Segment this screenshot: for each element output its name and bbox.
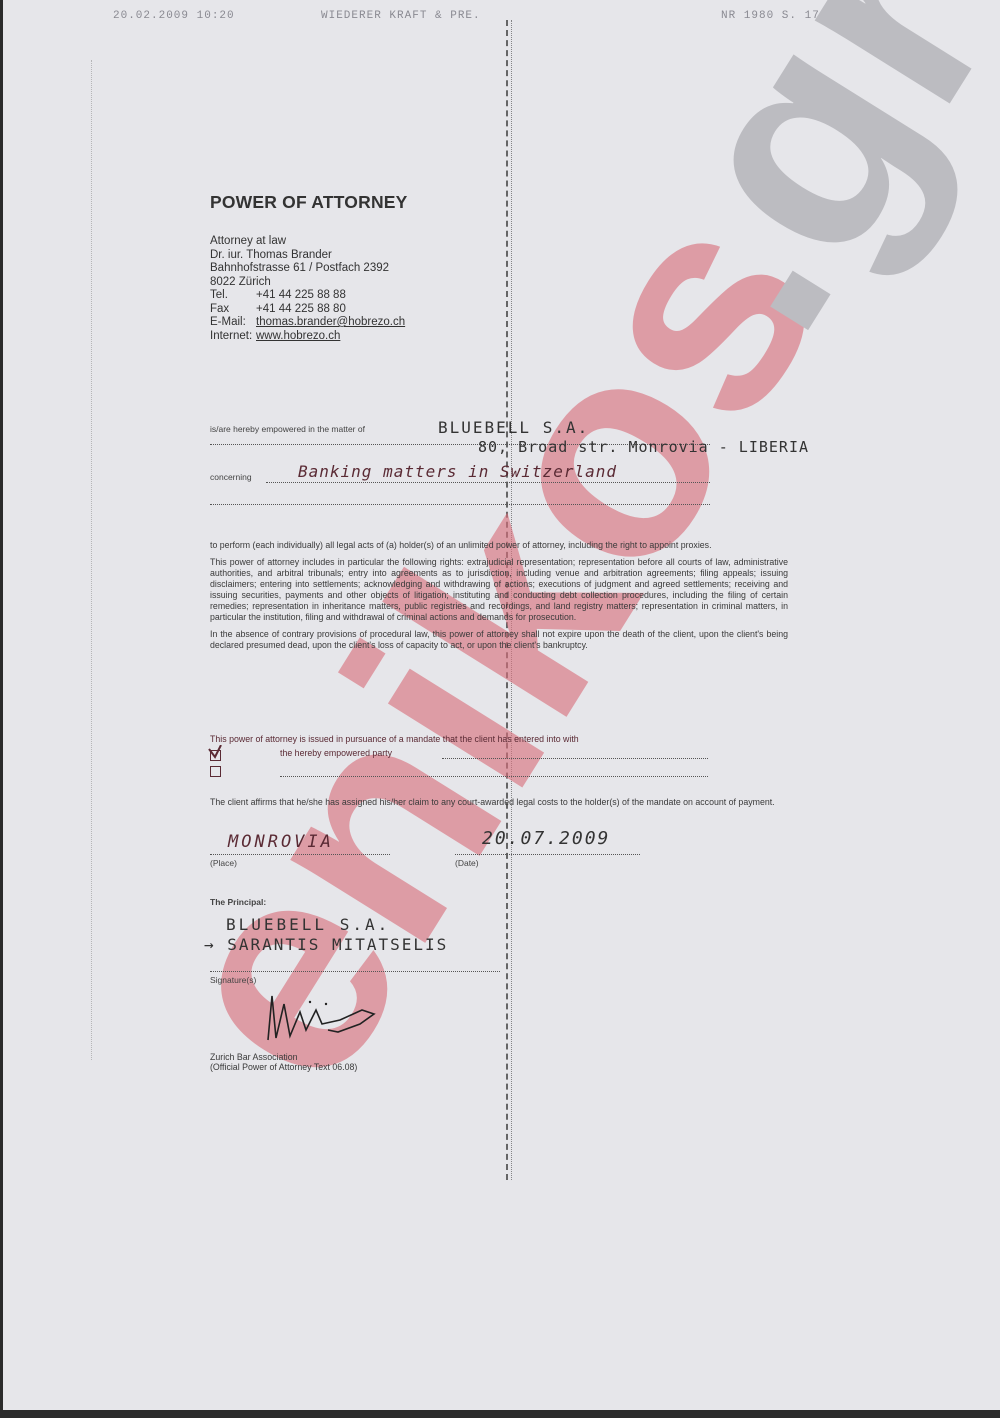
concerning-handwritten: Banking matters in Switzerland xyxy=(298,462,617,481)
fax-timestamp: 20.02.2009 10:20 xyxy=(113,10,235,22)
place-label: (Place) xyxy=(210,858,237,868)
tel-label: Tel. xyxy=(210,289,256,303)
tel-value: +41 44 225 88 88 xyxy=(256,289,346,303)
date-label: (Date) xyxy=(455,858,479,868)
place-handwritten: MONROVIA xyxy=(228,832,334,852)
attorney-name: Dr. iur. Thomas Brander xyxy=(210,249,790,263)
matter-line-2 xyxy=(210,504,710,505)
fax-sender: WIEDERER KRAFT & PRE. xyxy=(321,10,481,22)
fax-page-number: NR 1980 S. 17 xyxy=(721,10,820,22)
email-link[interactable]: thomas.brander@hobrezo.ch xyxy=(256,316,405,330)
website-link[interactable]: www.hobrezo.ch xyxy=(256,330,340,344)
official-text-version: (Official Power of Attorney Text 06.08) xyxy=(210,1062,357,1072)
footer-note: Zurich Bar Association (Official Power o… xyxy=(210,1052,357,1072)
attorney-city: 8022 Zürich xyxy=(210,276,790,290)
attorney-street: Bahnhofstrasse 61 / Postfach 2392 xyxy=(210,262,790,276)
attorney-role: Attorney at law xyxy=(210,235,790,249)
principal-representative-handwritten: → SARANTIS MITATSELIS xyxy=(204,935,448,954)
option-checkbox-2[interactable] xyxy=(210,766,221,777)
paragraph-scope: to perform (each individually) all legal… xyxy=(210,540,788,551)
attorney-contact-block: Attorney at law Dr. iur. Thomas Brander … xyxy=(210,235,790,343)
mandate-section: This power of attorney is issued in purs… xyxy=(210,734,788,744)
paragraph-expiry: In the absence of contrary provisions of… xyxy=(210,629,788,651)
fax-value: +41 44 225 88 80 xyxy=(256,303,346,317)
empowered-label: is/are hereby empowered in the matter of xyxy=(210,424,365,434)
option-checkbox-1[interactable] xyxy=(210,750,221,761)
client-address-handwritten: 80, Broad str. Monrovia - LIBERIA xyxy=(478,438,809,456)
document-title: POWER OF ATTORNEY xyxy=(210,192,790,213)
signature-label: Signature(s) xyxy=(210,975,256,985)
client-name-handwritten: BLUEBELL S.A. xyxy=(438,418,589,437)
internet-label: Internet: xyxy=(210,330,256,344)
date-line xyxy=(455,854,640,855)
power-of-attorney-form: POWER OF ATTORNEY Attorney at law Dr. iu… xyxy=(210,192,790,343)
option-label-1: the hereby empowered party xyxy=(280,748,392,758)
bar-association: Zurich Bar Association xyxy=(210,1052,357,1062)
check-mark-icon xyxy=(208,745,222,759)
concerning-line xyxy=(266,482,710,483)
place-date-section: MONROVIA (Place) 20.07.2009 (Date) xyxy=(210,832,790,872)
principal-company-handwritten: BLUEBELL S.A. xyxy=(226,915,390,934)
concerning-label: concerning xyxy=(210,472,252,482)
principal-section: The Principal: BLUEBELL S.A. → SARANTIS … xyxy=(210,897,790,907)
signature-line xyxy=(210,971,500,972)
left-edge-dots xyxy=(91,60,92,1060)
date-handwritten: 20.07.2009 xyxy=(482,828,610,849)
handwritten-signature xyxy=(250,990,550,1050)
fax-label: Fax xyxy=(210,303,256,317)
principal-label: The Principal: xyxy=(210,897,790,907)
paragraph-rights: This power of attorney includes in parti… xyxy=(210,557,788,623)
assignment-text: The client affirms that he/she has assig… xyxy=(210,797,788,808)
option-line-2 xyxy=(280,776,708,777)
body-text: to perform (each individually) all legal… xyxy=(210,540,788,657)
mandate-text: This power of attorney is issued in purs… xyxy=(210,734,788,744)
scanned-page: 20.02.2009 10:20 WIEDERER KRAFT & PRE. N… xyxy=(3,0,1000,1410)
place-line xyxy=(210,854,390,855)
email-label: E-Mail: xyxy=(210,316,256,330)
option-line-1 xyxy=(442,758,708,759)
